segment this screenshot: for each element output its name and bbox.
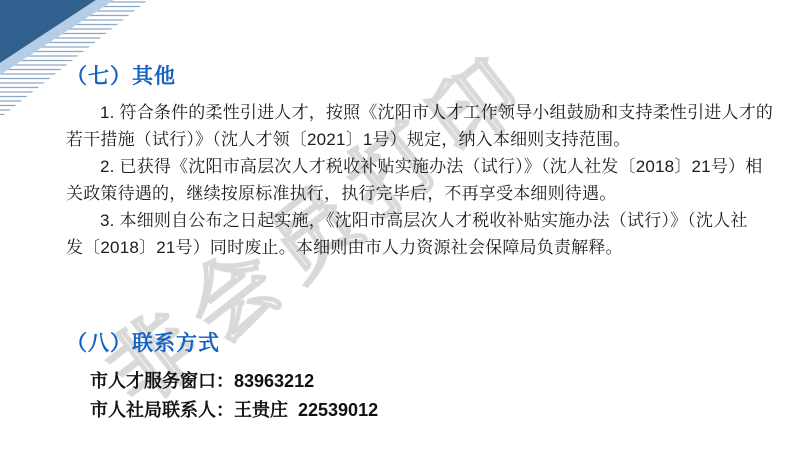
section-other-body: 1. 符合条件的柔性引进人才，按照《沈阳市人才工作领导小组鼓励和支持柔性引进人才… — [66, 99, 750, 261]
contact-line-service-window: 市人才服务窗口：83963212 — [66, 367, 750, 396]
section-other-heading: （七）其他 — [66, 60, 750, 90]
paragraph-3: 3. 本细则自公布之日起实施，《沈阳市高层次人才税收补贴实施办法（试行）》（沈人… — [66, 207, 750, 261]
paragraph-2: 2. 已获得《沈阳市高层次人才税收补贴实施办法（试行）》（沈人社发〔2018〕2… — [66, 153, 750, 207]
paragraph-1: 1. 符合条件的柔性引进人才，按照《沈阳市人才工作领导小组鼓励和支持柔性引进人才… — [66, 99, 750, 153]
paragraph-line: 1. 符合条件的柔性引进人才，按照《沈阳市人才工作领导小组鼓励和支持柔性引进人才… — [66, 99, 750, 126]
slide: 非会员打印 （七）其他 1. 符合条件的柔性引进人才，按照《沈阳市人才工作领导小… — [0, 0, 800, 450]
paragraph-line: 3. 本细则自公布之日起实施，《沈阳市高层次人才税收补贴实施办法（试行）》（沈人… — [66, 207, 750, 234]
paragraph-line: 2. 已获得《沈阳市高层次人才税收补贴实施办法（试行）》（沈人社发〔2018〕2… — [66, 153, 750, 180]
section-contact-heading: （八）联系方式 — [66, 327, 750, 357]
contact-list: 市人才服务窗口：83963212 市人社局联系人：王贵庄 22539012 — [66, 367, 750, 425]
slide-content: （七）其他 1. 符合条件的柔性引进人才，按照《沈阳市人才工作领导小组鼓励和支持… — [66, 0, 750, 425]
paragraph-line: 若干措施（试行）》（沈人才领〔2021〕1号）规定，纳入本细则支持范围。 — [66, 126, 750, 153]
paragraph-line: 发〔2018〕21号）同时废止。本细则由市人力资源社会保障局负责解释。 — [66, 234, 750, 261]
contact-line-bureau-contact: 市人社局联系人：王贵庄 22539012 — [66, 396, 750, 425]
paragraph-line: 关政策待遇的，继续按原标准执行，执行完毕后，不再享受本细则待遇。 — [66, 180, 750, 207]
